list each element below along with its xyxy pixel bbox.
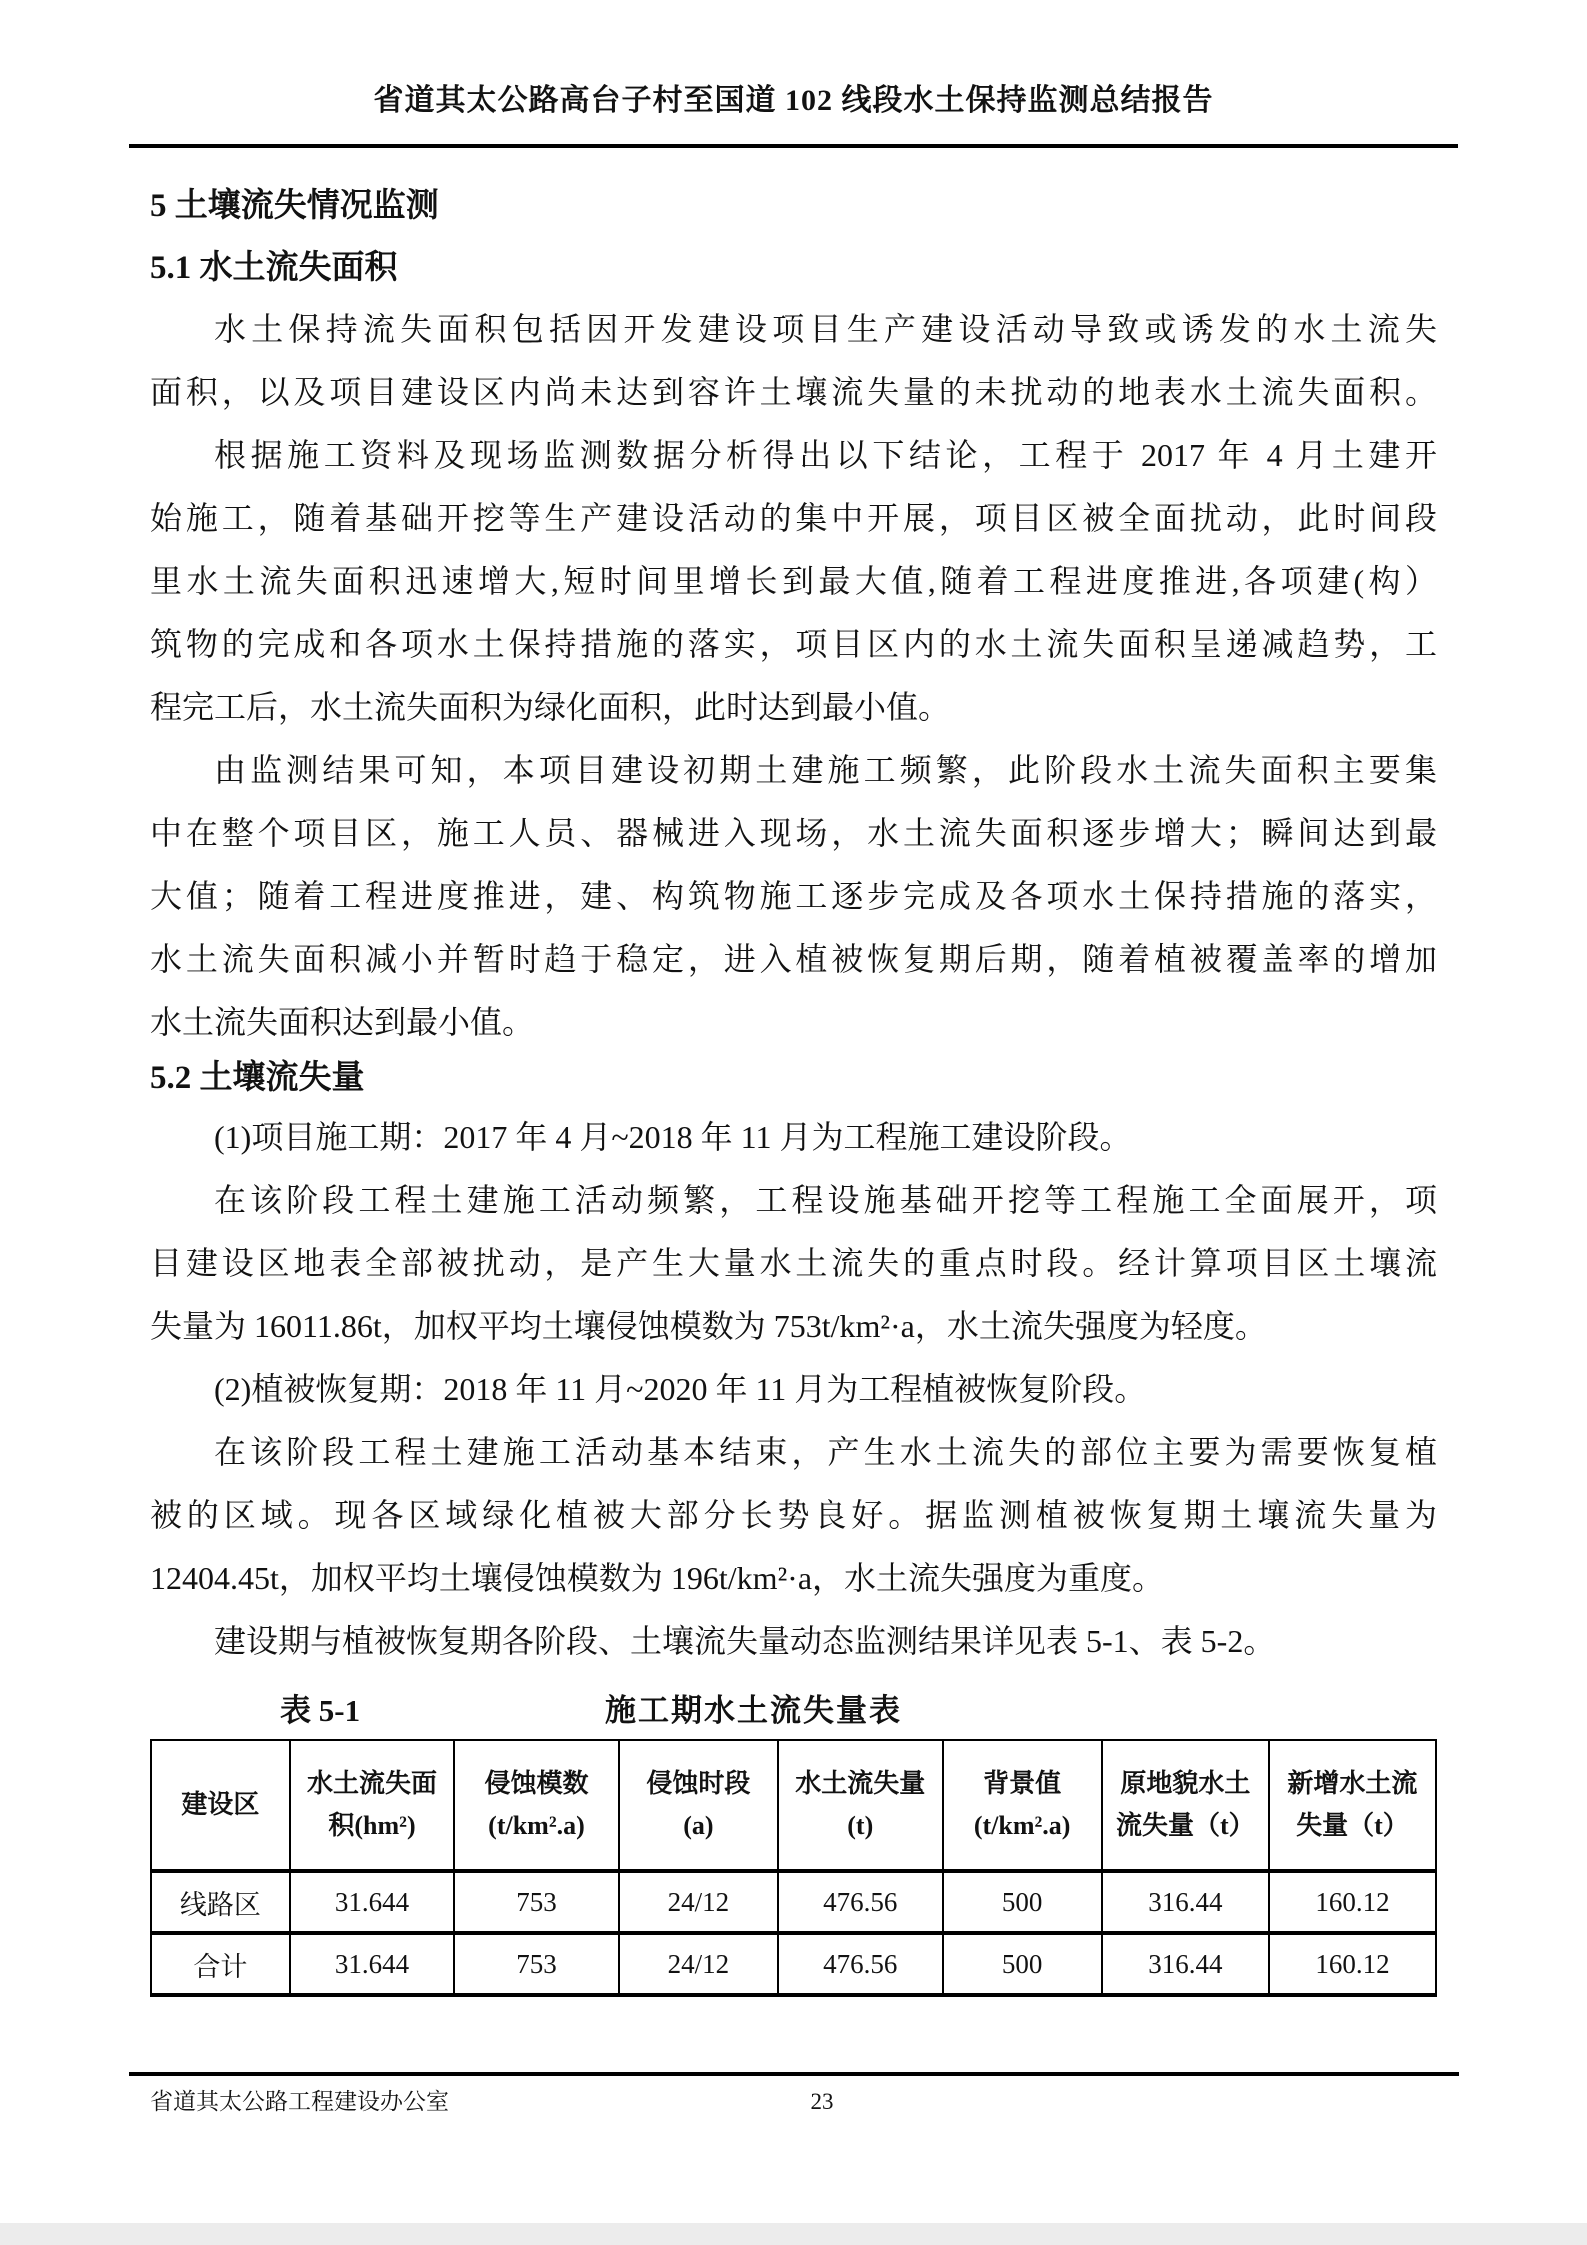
table-cell: 476.56 [778, 1871, 942, 1933]
header-cell-modulus: 侵蚀模数 (t/km².a) [454, 1740, 618, 1871]
page-number: 23 [790, 2086, 854, 2118]
header-cell-new: 新增水土流 失量（t） [1269, 1740, 1436, 1871]
erosion-data-table: 建设区 水土流失面 积(hm²) 侵蚀模数 (t/km².a) 侵蚀时段 (a)… [150, 1739, 1437, 1997]
header-cell-original: 原地貌水土 流失量（t） [1102, 1740, 1269, 1871]
table-cell: 500 [943, 1871, 1102, 1933]
footer-rule [129, 2072, 1459, 2076]
section-heading-5-2: 5.2 土壤流失量 [150, 1056, 1437, 1100]
header-rule [129, 144, 1458, 148]
table-cell: 合计 [151, 1933, 290, 1995]
body-line: 建设期与植被恢复期各阶段、土壤流失量动态监测结果详见表 5-1、表 5-2。 [150, 1610, 1437, 1673]
table-cell: 31.644 [290, 1871, 454, 1933]
header-cell-area: 水土流失面 积(hm²) [290, 1740, 454, 1871]
table-cell: 476.56 [778, 1933, 942, 1995]
header-cell-zone: 建设区 [151, 1740, 290, 1871]
body-line: 里水土流失面积迅速增大,短时间里增长到最大值,随着工程进度推进,各项建(构） [150, 550, 1437, 613]
document-page: 省道其太公路高台子村至国道 102 线段水土保持监测总结报告 5 土壤流失情况监… [0, 0, 1587, 2245]
table-row: 线路区 31.644 753 24/12 476.56 500 316.44 1… [151, 1871, 1436, 1933]
table-cell: 160.12 [1269, 1933, 1436, 1995]
table-caption-title: 施工期水土流失量表 [605, 1689, 902, 1733]
body-line: 失量为 16011.86t，加权平均土壤侵蚀模数为 753t/km²·a，水土流… [150, 1295, 1437, 1358]
table-caption-label: 表 5-1 [280, 1689, 360, 1733]
table-cell: 24/12 [619, 1871, 778, 1933]
section-heading-5: 5 土壤流失情况监测 [150, 184, 1437, 228]
table-cell: 316.44 [1102, 1871, 1269, 1933]
table-cell: 500 [943, 1933, 1102, 1995]
body-line: (1)项目施工期：2017 年 4 月~2018 年 11 月为工程施工建设阶段… [150, 1106, 1437, 1169]
table-cell: 753 [454, 1933, 618, 1995]
body-line: 根据施工资料及现场监测数据分析得出以下结论，工程于 2017 年 4 月土建开 [150, 424, 1437, 487]
table-cell: 753 [454, 1871, 618, 1933]
body-line: (2)植被恢复期：2018 年 11 月~2020 年 11 月为工程植被恢复阶… [150, 1358, 1437, 1421]
table-header-row: 建设区 水土流失面 积(hm²) 侵蚀模数 (t/km².a) 侵蚀时段 (a)… [151, 1740, 1436, 1871]
table-cell: 24/12 [619, 1933, 778, 1995]
footer-office-name: 省道其太公路工程建设办公室 [150, 2086, 449, 2118]
body-line: 在该阶段工程土建施工活动频繁，工程设施基础开挖等工程施工全面展开，项 [150, 1169, 1437, 1232]
body-line: 由监测结果可知，本项目建设初期土建施工频繁，此阶段水土流失面积主要集 [150, 739, 1437, 802]
paragraph-block-1: 水土保持流失面积包括因开发建设项目生产建设活动导致或诱发的水土流失 面积，以及项… [150, 298, 1437, 1054]
header-cell-loss: 水土流失量 (t) [778, 1740, 942, 1871]
body-line: 中在整个项目区，施工人员、器械进入现场，水土流失面积逐步增大；瞬间达到最 [150, 802, 1437, 865]
table-row: 合计 31.644 753 24/12 476.56 500 316.44 16… [151, 1933, 1436, 1995]
body-line: 在该阶段工程土建施工活动基本结束，产生水土流失的部位主要为需要恢复植 [150, 1421, 1437, 1484]
table-cell: 线路区 [151, 1871, 290, 1933]
paragraph-block-2: (1)项目施工期：2017 年 4 月~2018 年 11 月为工程施工建设阶段… [150, 1106, 1437, 1673]
table-cell: 160.12 [1269, 1871, 1436, 1933]
body-line: 始施工，随着基础开挖等生产建设活动的集中开展，项目区被全面扰动，此时间段 [150, 487, 1437, 550]
body-line: 水土流失面积减小并暂时趋于稳定，进入植被恢复期后期，随着植被覆盖率的增加 [150, 928, 1437, 991]
body-line: 水土流失面积达到最小值。 [150, 991, 1437, 1054]
table-cell: 316.44 [1102, 1933, 1269, 1995]
body-line: 大值；随着工程进度推进，建、构筑物施工逐步完成及各项水土保持措施的落实， [150, 865, 1437, 928]
body-line: 面积，以及项目建设区内尚未达到容许土壤流失量的未扰动的地表水土流失面积。 [150, 361, 1437, 424]
body-line: 12404.45t，加权平均土壤侵蚀模数为 196t/km²·a，水土流失强度为… [150, 1547, 1437, 1610]
page-bottom-edge [0, 2223, 1587, 2245]
body-line: 目建设区地表全部被扰动，是产生大量水土流失的重点时段。经计算项目区土壤流 [150, 1232, 1437, 1295]
page-content: 5 土壤流失情况监测 5.1 水土流失面积 水土保持流失面积包括因开发建设项目生… [150, 184, 1437, 1997]
running-header-title: 省道其太公路高台子村至国道 102 线段水土保持监测总结报告 [0, 0, 1587, 120]
header-cell-period: 侵蚀时段 (a) [619, 1740, 778, 1871]
table-caption: 表 5-1 施工期水土流失量表 [150, 1689, 1437, 1733]
header-cell-background: 背景值 (t/km².a) [943, 1740, 1102, 1871]
body-line: 被的区域。现各区域绿化植被大部分长势良好。据监测植被恢复期土壤流失量为 [150, 1484, 1437, 1547]
section-heading-5-1: 5.1 水土流失面积 [150, 246, 1437, 290]
body-line: 筑物的完成和各项水土保持措施的落实，项目区内的水土流失面积呈递减趋势，工 [150, 613, 1437, 676]
body-line: 程完工后，水土流失面积为绿化面积，此时达到最小值。 [150, 676, 1437, 739]
body-line: 水土保持流失面积包括因开发建设项目生产建设活动导致或诱发的水土流失 [150, 298, 1437, 361]
table-cell: 31.644 [290, 1933, 454, 1995]
